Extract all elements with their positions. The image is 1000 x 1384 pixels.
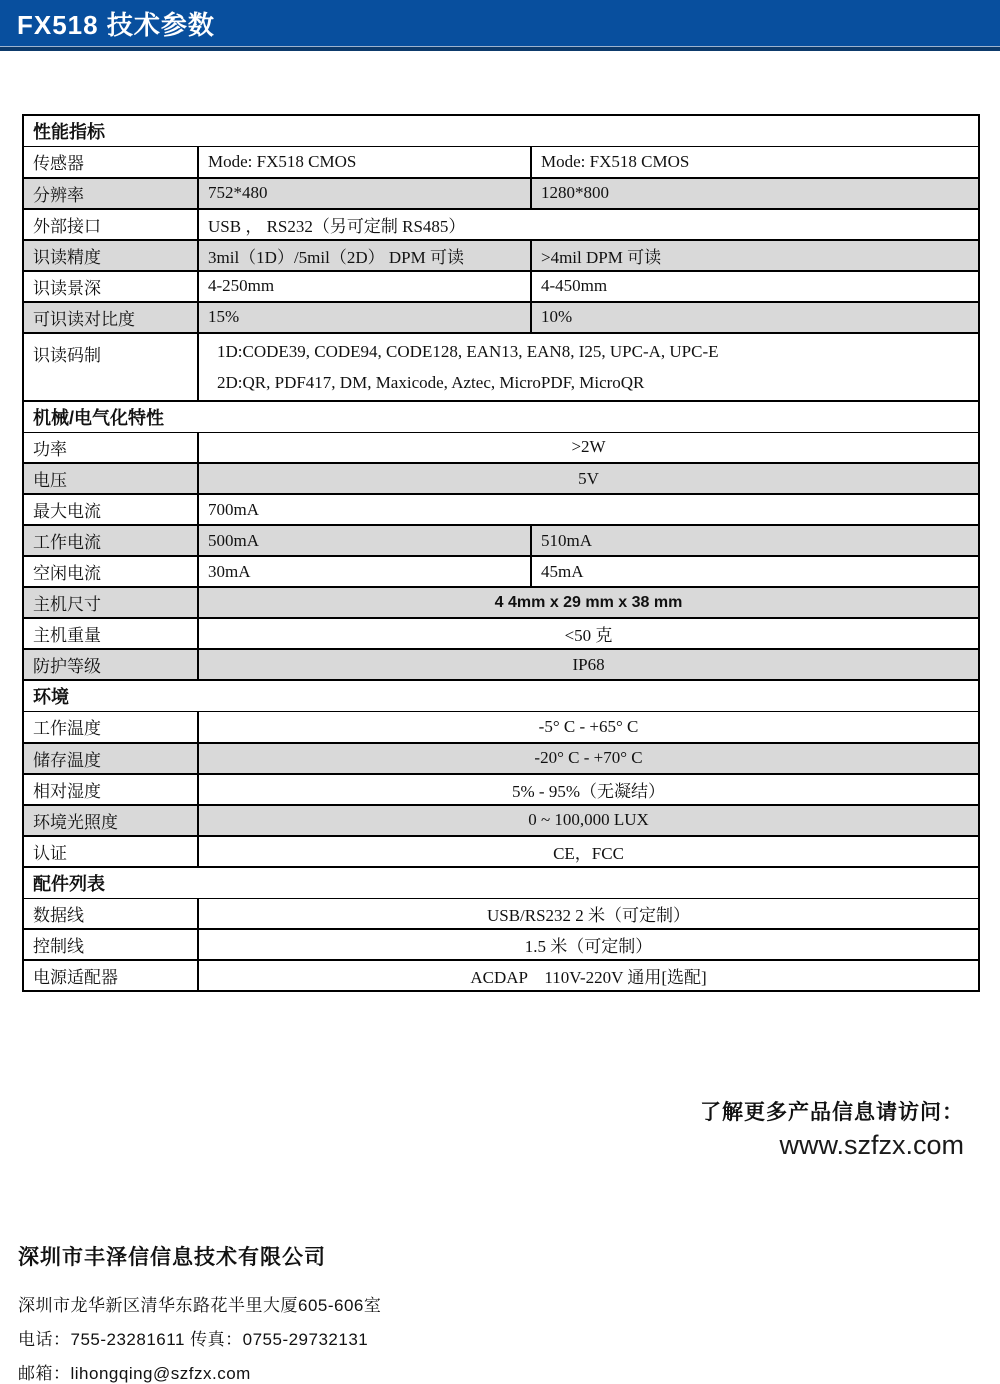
row-depth-of-field: 识读景深 4-250mm 4-450mm xyxy=(23,271,979,302)
row-value: USB ， RS232（另可定制 RS485） xyxy=(198,209,979,240)
section-title: 性能指标 xyxy=(23,115,979,147)
row-label: 相对湿度 xyxy=(23,774,198,805)
row-value: 5% - 95%（无凝结） xyxy=(198,774,979,805)
row-label: 空闲电流 xyxy=(23,556,198,587)
row-label: 识读码制 xyxy=(23,333,198,401)
section-title: 机械/电气化特性 xyxy=(23,401,979,433)
row-dimensions: 主机尺寸 4 4mm x 29 mm x 38 mm xyxy=(23,587,979,618)
row-label: 最大电流 xyxy=(23,494,198,525)
section-title: 环境 xyxy=(23,680,979,712)
promo-block: 了解更多产品信息请访问： www.szfzx.com xyxy=(0,1096,1000,1161)
row-value: CE，FCC xyxy=(198,836,979,867)
row-value: 1280*800 xyxy=(531,178,979,209)
row-label: 分辨率 xyxy=(23,178,198,209)
row-label: 防护等级 xyxy=(23,649,198,680)
section-header-accessories: 配件列表 xyxy=(23,867,979,899)
row-ambient-light: 环境光照度 0 ~ 100,000 LUX xyxy=(23,805,979,836)
company-email: 邮箱：lihongqing@szfzx.com xyxy=(18,1359,1000,1384)
banner-underline xyxy=(0,47,1000,51)
row-value: <50 克 xyxy=(198,618,979,649)
row-power-adapter: 电源适配器 ACDAP 110V-220V 通用[选配] xyxy=(23,960,979,991)
row-label: 外部接口 xyxy=(23,209,198,240)
promo-text: 了解更多产品信息请访问： xyxy=(0,1096,964,1126)
symbologies-2d: 2D:QR, PDF417, DM, Maxicode, Aztec, Micr… xyxy=(208,367,969,398)
row-symbologies: 识读码制 1D:CODE39, CODE94, CODE128, EAN13, … xyxy=(23,333,979,401)
row-label: 识读精度 xyxy=(23,240,198,271)
row-label: 认证 xyxy=(23,836,198,867)
row-label: 工作温度 xyxy=(23,712,198,743)
row-control-cable: 控制线 1.5 米（可定制） xyxy=(23,929,979,960)
row-value: Mode: FX518 CMOS xyxy=(531,147,979,178)
company-name: 深圳市丰泽信信息技术有限公司 xyxy=(18,1241,1000,1271)
row-data-cable: 数据线 USB/RS232 2 米（可定制） xyxy=(23,898,979,929)
row-value: ACDAP 110V-220V 通用[选配] xyxy=(198,960,979,991)
row-value: 700mA xyxy=(198,494,979,525)
row-value: 45mA xyxy=(531,556,979,587)
row-value: -5° C - +65° C xyxy=(198,712,979,743)
row-value: 30mA xyxy=(198,556,531,587)
row-resolution: 分辨率 752*480 1280*800 xyxy=(23,178,979,209)
section-title: 配件列表 xyxy=(23,867,979,899)
row-label: 电压 xyxy=(23,463,198,494)
row-storage-temp: 储存温度 -20° C - +70° C xyxy=(23,743,979,774)
row-power: 功率 >2W xyxy=(23,432,979,463)
spec-table: 性能指标 传感器 Mode: FX518 CMOS Mode: FX518 CM… xyxy=(22,114,980,992)
symbologies-1d: 1D:CODE39, CODE94, CODE128, EAN13, EAN8,… xyxy=(208,336,969,367)
row-label: 传感器 xyxy=(23,147,198,178)
company-footer: 深圳市丰泽信信息技术有限公司 深圳市龙华新区清华东路花半里大厦605-606室 … xyxy=(18,1241,1000,1384)
website-url: www.szfzx.com xyxy=(0,1130,964,1161)
row-sensor: 传感器 Mode: FX518 CMOS Mode: FX518 CMOS xyxy=(23,147,979,178)
row-label: 可识读对比度 xyxy=(23,302,198,333)
row-value: 1.5 米（可定制） xyxy=(198,929,979,960)
row-label: 主机尺寸 xyxy=(23,587,198,618)
page-banner: FX518 技术参数 xyxy=(0,0,1000,47)
row-label: 主机重量 xyxy=(23,618,198,649)
section-header-mechanical-electrical: 机械/电气化特性 xyxy=(23,401,979,433)
row-ip-rating: 防护等级 IP68 xyxy=(23,649,979,680)
row-value: 510mA xyxy=(531,525,979,556)
row-label: 电源适配器 xyxy=(23,960,198,991)
row-value: 4 4mm x 29 mm x 38 mm xyxy=(198,587,979,618)
row-label: 数据线 xyxy=(23,898,198,929)
row-label: 储存温度 xyxy=(23,743,198,774)
row-readable-contrast: 可识读对比度 15% 10% xyxy=(23,302,979,333)
row-value: IP68 xyxy=(198,649,979,680)
row-value: 4-450mm xyxy=(531,271,979,302)
row-value: >2W xyxy=(198,432,979,463)
section-header-performance: 性能指标 xyxy=(23,115,979,147)
row-idle-current: 空闲电流 30mA 45mA xyxy=(23,556,979,587)
row-value: 4-250mm xyxy=(198,271,531,302)
row-value: 1D:CODE39, CODE94, CODE128, EAN13, EAN8,… xyxy=(198,333,979,401)
row-value: 5V xyxy=(198,463,979,494)
row-value: 10% xyxy=(531,302,979,333)
company-address: 深圳市龙华新区清华东路花半里大厦605-606室 xyxy=(18,1291,1000,1316)
row-value: 752*480 xyxy=(198,178,531,209)
row-value: -20° C - +70° C xyxy=(198,743,979,774)
row-label: 控制线 xyxy=(23,929,198,960)
spec-table-container: 性能指标 传感器 Mode: FX518 CMOS Mode: FX518 CM… xyxy=(22,114,978,992)
row-max-current: 最大电流 700mA xyxy=(23,494,979,525)
row-weight: 主机重量 <50 克 xyxy=(23,618,979,649)
row-value: 500mA xyxy=(198,525,531,556)
row-label: 环境光照度 xyxy=(23,805,198,836)
company-phone-fax: 电话：755-23281611 传真：0755-29732131 xyxy=(18,1325,1000,1350)
row-label: 识读景深 xyxy=(23,271,198,302)
row-humidity: 相对湿度 5% - 95%（无凝结） xyxy=(23,774,979,805)
row-value: 0 ~ 100,000 LUX xyxy=(198,805,979,836)
row-operating-temp: 工作温度 -5° C - +65° C xyxy=(23,712,979,743)
page-title: FX518 技术参数 xyxy=(0,5,215,42)
row-reading-precision: 识读精度 3mil（1D）/5mil（2D） DPM 可读 >4mil DPM … xyxy=(23,240,979,271)
row-voltage: 电压 5V xyxy=(23,463,979,494)
row-label: 功率 xyxy=(23,432,198,463)
row-value: 3mil（1D）/5mil（2D） DPM 可读 xyxy=(198,240,531,271)
row-value: 15% xyxy=(198,302,531,333)
row-external-interface: 外部接口 USB ， RS232（另可定制 RS485） xyxy=(23,209,979,240)
row-working-current: 工作电流 500mA 510mA xyxy=(23,525,979,556)
section-header-environment: 环境 xyxy=(23,680,979,712)
row-value: Mode: FX518 CMOS xyxy=(198,147,531,178)
row-label: 工作电流 xyxy=(23,525,198,556)
row-value: >4mil DPM 可读 xyxy=(531,240,979,271)
row-value: USB/RS232 2 米（可定制） xyxy=(198,898,979,929)
row-certification: 认证 CE，FCC xyxy=(23,836,979,867)
